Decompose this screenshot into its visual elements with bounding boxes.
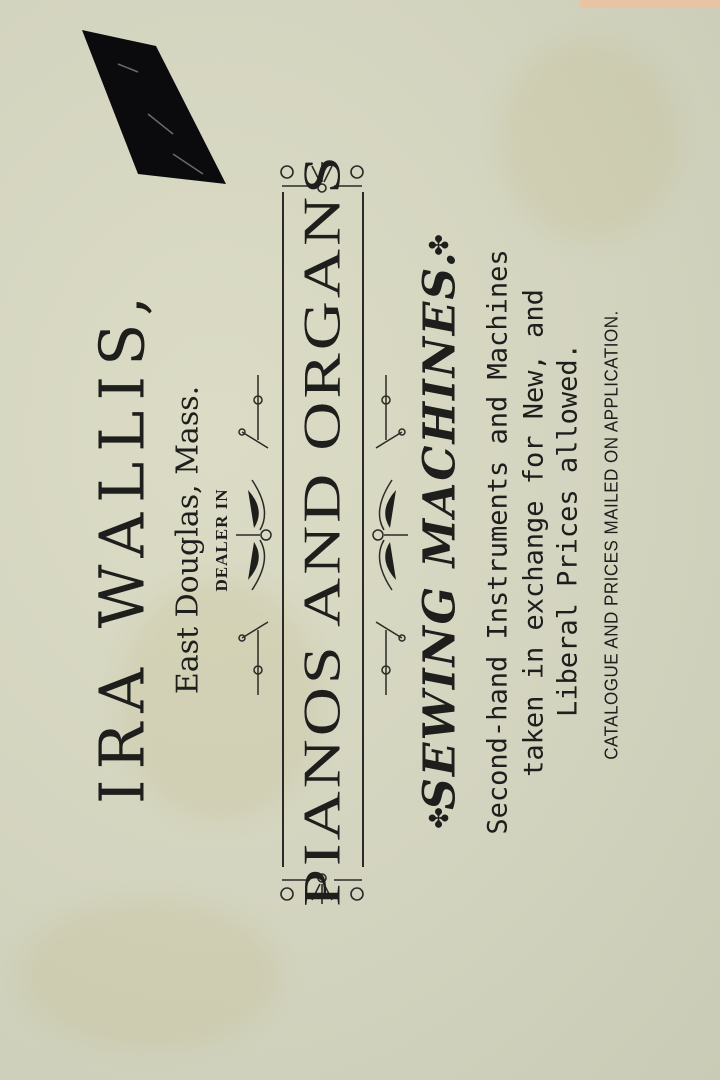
product-secondary: SEWING MACHINES. [415,250,466,810]
product-primary: PIANOS AND ORGANS [291,153,353,907]
frame-rule-right [362,192,364,867]
fleuron-top-icon: ✤ [425,234,455,256]
redaction-mark [78,24,228,189]
merchant-name: IRA WALLIS, [86,286,159,804]
trade-card: IRA WALLIS, East Douglas, Mass. DEALER I… [0,0,720,1080]
scroll-ornament-right-icon [366,370,412,700]
scroll-ornament-left-icon [232,370,278,700]
trade-in-line-2: taken in exchange for New, and [519,289,550,777]
paper-stain [20,900,280,1050]
paper-stain [500,40,680,240]
trade-in-line-3: Liberal Prices allowed. [553,343,584,717]
catalogue-note: CATALOGUE AND PRICES MAILED ON APPLICATI… [601,310,623,759]
merchant-location: East Douglas, Mass. [171,386,206,694]
frame-rule-left [282,192,284,867]
card-edge [580,0,720,8]
fleuron-bottom-icon: ✤ [425,807,455,829]
trade-in-line-1: Second-hand Instruments and Machines [483,249,514,834]
dealer-label: DEALER IN [212,489,232,592]
